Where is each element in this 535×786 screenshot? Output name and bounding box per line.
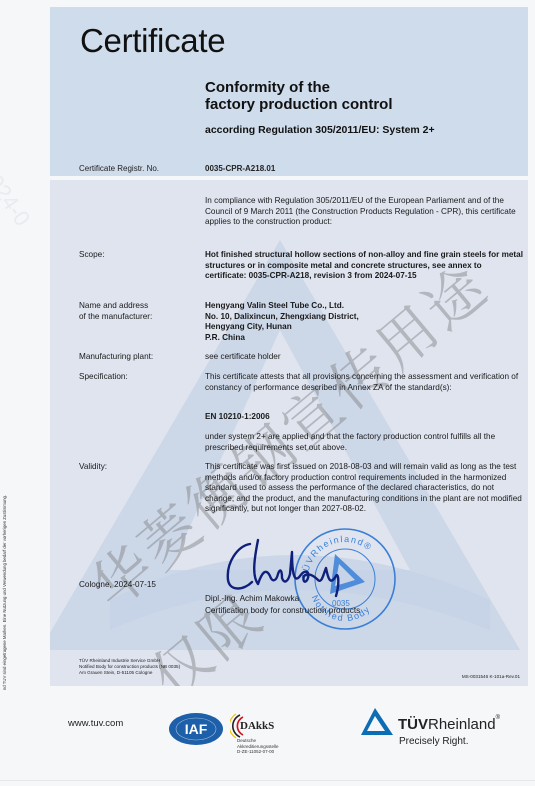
form-code: MS-0031546 K-101a-Rev.01 (462, 674, 520, 679)
certificate-header: Certificate Conformity of the factory pr… (50, 7, 528, 176)
manufacturer-label-line-1: Name and address (79, 301, 199, 312)
intro-text: In compliance with Regulation 305/2011/E… (205, 196, 525, 228)
manufacturer-label-line-2: of the manufacturer: (79, 312, 199, 323)
signatory-name: Dipl.-Ing. Achim Makowka (205, 594, 525, 605)
scope-label: Scope: (79, 250, 199, 261)
dakks-details: Deutsche Akkreditierungsstelle D-ZE-1105… (237, 738, 279, 755)
certificate-body: 华菱衡钢宣传用途 仅限 In compliance with Regulatio… (50, 180, 528, 686)
registration-label: Certificate Registr. No. (79, 164, 159, 173)
tuv-brand-name: TÜVRheinland® (398, 716, 500, 733)
manufacturer-country: P.R. China (205, 333, 525, 344)
svg-text:IAF: IAF (185, 721, 208, 737)
tuv-tagline: Precisely Right. (399, 736, 468, 747)
registration-number: 0035-CPR-A218.01 (205, 164, 275, 173)
issuer-address: Am Grauen Stein, D-51105 Cologne (79, 670, 180, 676)
plant-label: Manufacturing plant: (79, 352, 199, 363)
specification-value: This certificate attests that all provis… (205, 372, 525, 393)
validity-value: This certificate was first issued on 201… (205, 462, 525, 515)
validity-label: Validity: (79, 462, 199, 473)
brand-bold: TÜV (398, 716, 428, 733)
dakks-title: DAkkS (240, 720, 274, 732)
manufacturer-label: Name and address of the manufacturer: (79, 301, 199, 322)
issuer-details: TÜV Rheinland Industrie Service GmbH Not… (79, 658, 180, 676)
manufacturer-city: Hengyang City, Hunan (205, 322, 525, 333)
scope-value: Hot finished structural hollow sections … (205, 250, 525, 282)
manufacturer-name: Hengyang Valin Steel Tube Co., Ltd. (205, 301, 525, 312)
iaf-logo-icon: IAF (168, 712, 224, 746)
subtitle-line-2: factory production control (205, 96, 393, 113)
registered-mark: ® (496, 715, 500, 721)
divider (0, 780, 535, 781)
plant-value: see certificate holder (205, 352, 525, 363)
standard-value: EN 10210-1:2006 (205, 412, 525, 423)
specification-conclusion: under system 2+ are applied and that the… (205, 432, 525, 453)
signature-icon (218, 532, 358, 602)
specification-label: Specification: (79, 372, 199, 383)
website-link[interactable]: www.tuv.com (68, 718, 123, 729)
background-date-watermark: 2024-0 (0, 160, 35, 231)
manufacturer-address: Hengyang Valin Steel Tube Co., Ltd. No. … (205, 301, 525, 343)
brand-rest: Rheinland (428, 716, 496, 733)
regulation-reference: according Regulation 305/2011/EU: System… (205, 124, 435, 136)
signatory-role: Certification body for construction prod… (205, 606, 525, 617)
place-date: Cologne, 2024-07-15 (79, 580, 199, 591)
certificate-subtitle: Conformity of the factory production con… (205, 79, 393, 113)
manufacturer-street: No. 10, Dalixincun, Zhengxiang District, (205, 312, 525, 323)
certificate-title: Certificate (80, 22, 225, 60)
trademark-notice: © TÜV, TÜEV und TUV sind eingetragene Ma… (2, 360, 7, 720)
dakks-line-3: D-ZE-11052-07-00 (237, 749, 279, 755)
subtitle-line-1: Conformity of the (205, 79, 393, 96)
tuv-triangle-logo-icon (360, 707, 394, 737)
